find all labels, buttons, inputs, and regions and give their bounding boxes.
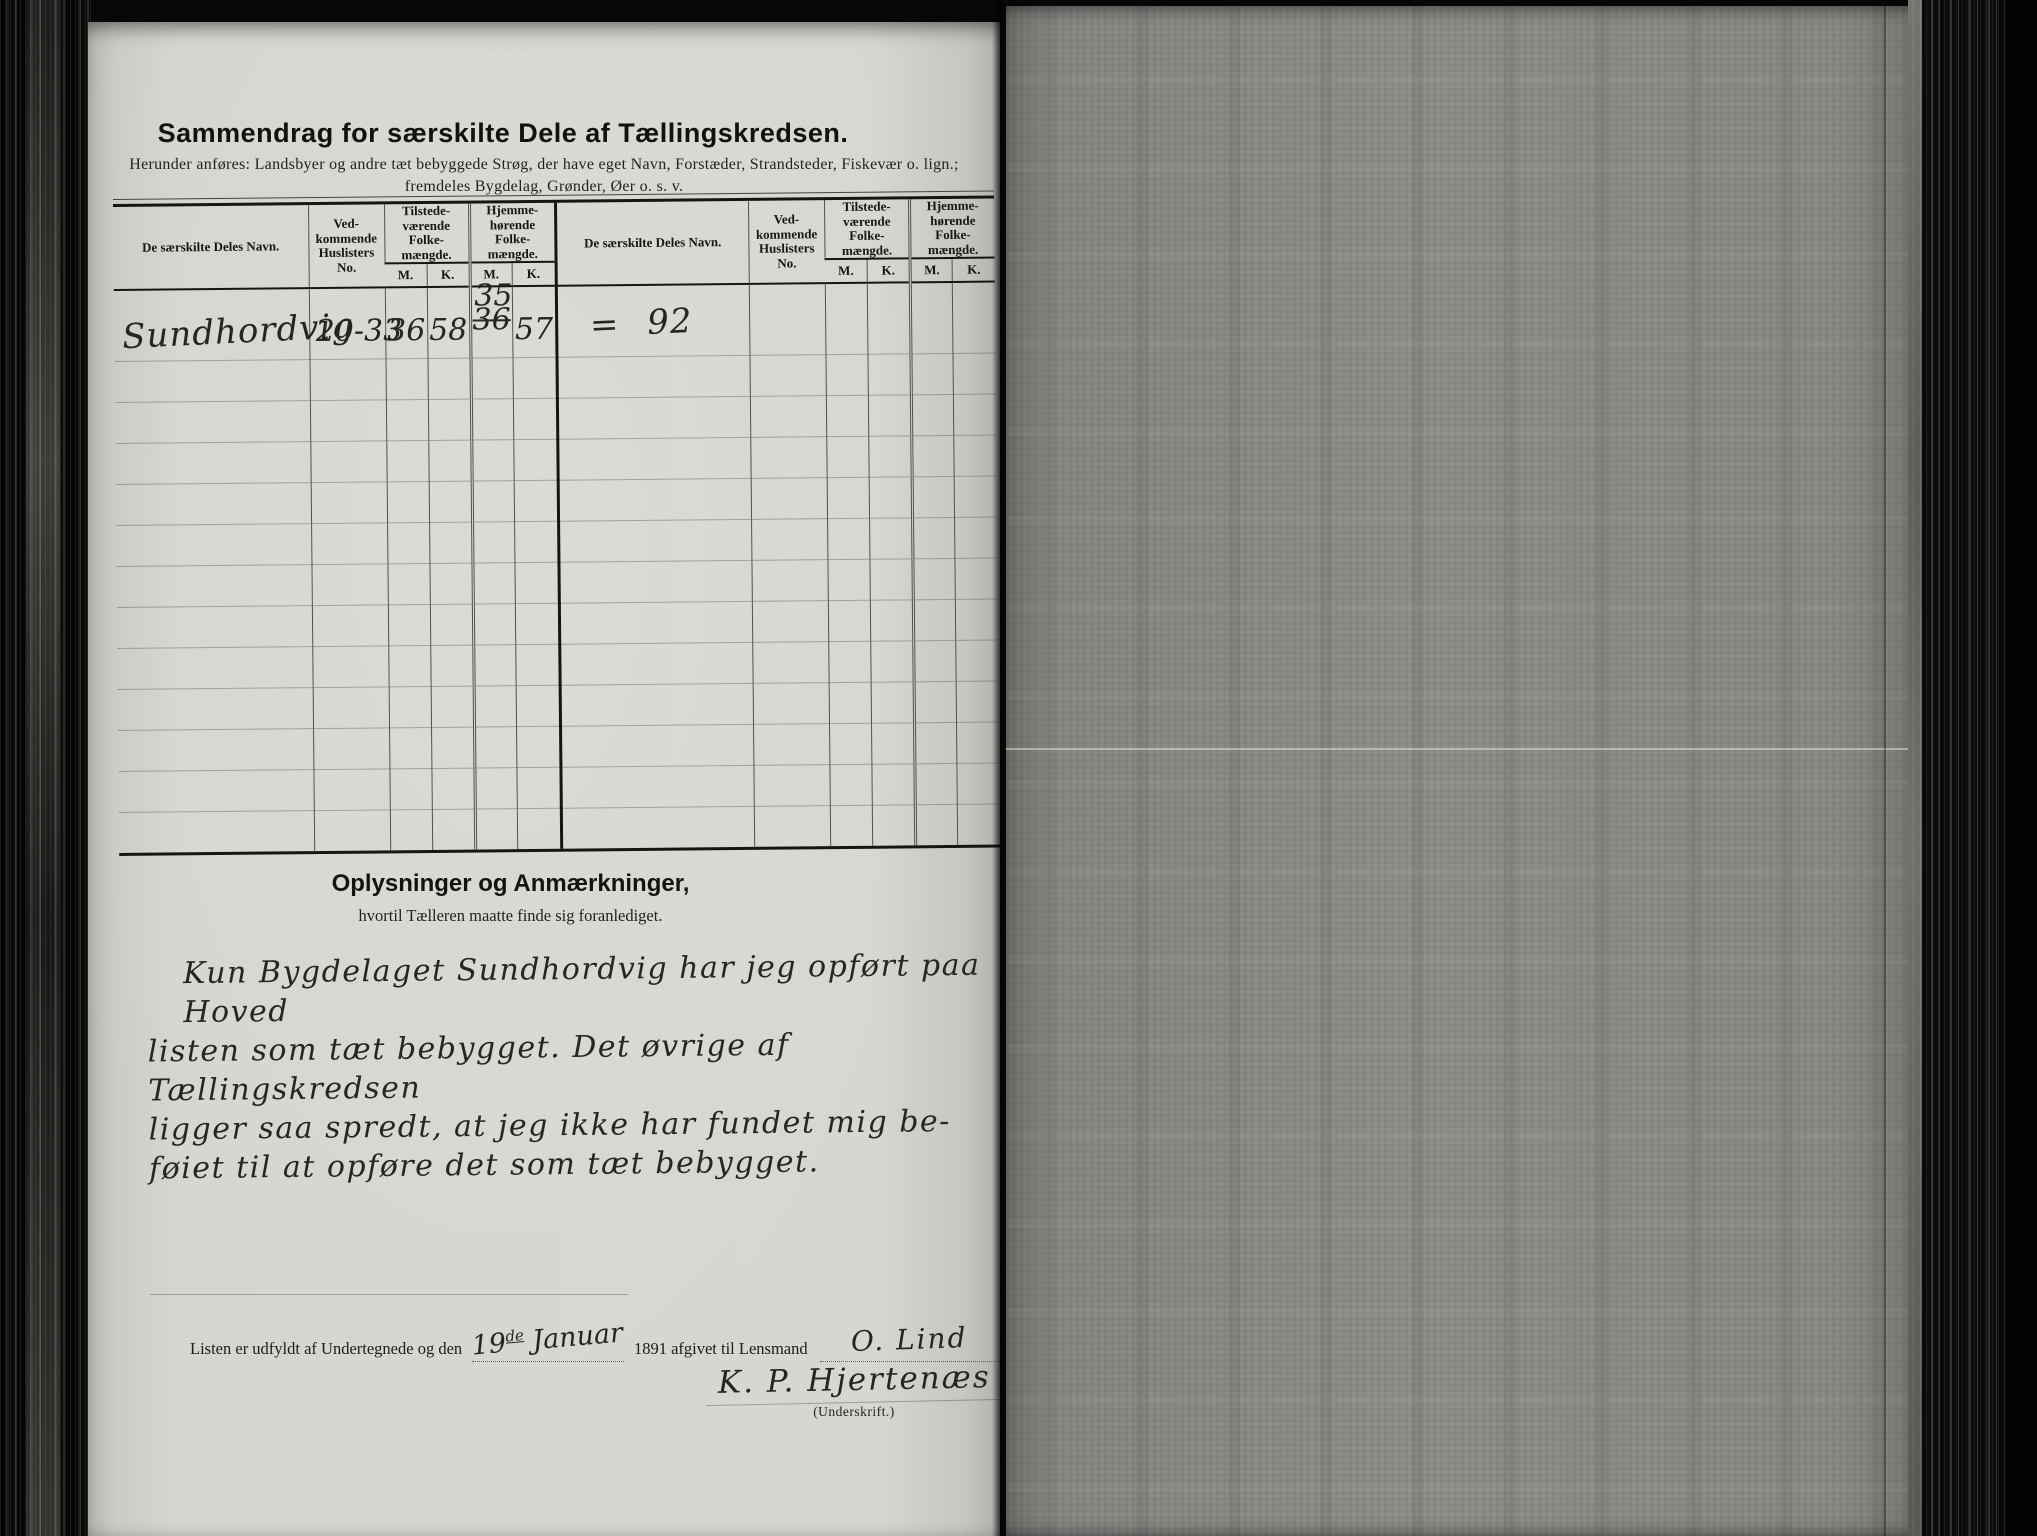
handwritten-line: Kun Bygdelaget Sundhordvig har jeg opfør… <box>147 946 998 1033</box>
table-row-empty <box>560 640 999 685</box>
page-subtitle-line1: Herunder anføres: Landsbyer og andre tæt… <box>94 156 994 174</box>
table-row-entry: Sundhordvig 20-33 36 58 35 36 57 <box>114 286 556 362</box>
table-row-empty <box>116 562 557 607</box>
col-header-m: M. <box>385 263 427 287</box>
handwritten-line: listen som tæt bebygget. Det øvrige af T… <box>148 1024 999 1111</box>
table-row-empty <box>117 644 558 689</box>
entry-sum-handwritten: = 92 <box>557 301 694 359</box>
table-row-empty <box>559 517 998 562</box>
entry-tilstede-k: 58 <box>429 313 468 358</box>
table-row-sum: = 92 <box>556 282 995 358</box>
table-row-empty <box>558 476 997 521</box>
page-edge-lip <box>1908 0 1922 1536</box>
faint-rule-line <box>150 1294 628 1295</box>
table-row-empty <box>115 357 556 402</box>
page-edge-sheen <box>26 0 60 1536</box>
col-header-hjemme: Hjemme- hørende Folke- mængde. <box>469 203 555 263</box>
table-row-empty <box>116 480 557 525</box>
summary-table: De særskilte Deles Navn. Ved- kommende H… <box>113 196 1000 856</box>
col-header-huslisters: Ved- kommende Huslisters No. <box>308 204 385 288</box>
recipient-fill-in: O. Lind <box>820 1328 1000 1362</box>
col-header-k: K. <box>427 263 470 287</box>
col-header-k: K. <box>867 258 910 282</box>
table-row-empty <box>116 521 557 566</box>
scanned-census-book-page: Sammendrag for særskilte Dele af Tælling… <box>0 0 2037 1536</box>
signature-caption: (Underskrift.) <box>686 1404 1022 1420</box>
table-row-empty <box>557 394 996 439</box>
facing-page-light-line <box>1006 748 1908 750</box>
facing-page-crease <box>1884 6 1886 1536</box>
table-row-empty <box>115 398 556 443</box>
col-header-name: De særskilte Deles Navn. <box>113 205 309 290</box>
summary-table-left-half: De særskilte Deles Navn. Ved- kommende H… <box>113 203 560 853</box>
table-row-empty <box>557 353 996 398</box>
handwritten-remarks: Kun Bygdelaget Sundhordvig har jeg opfør… <box>147 946 999 1189</box>
col-header-tilstede: Tilstede- værende Folke- mængde. <box>384 204 470 264</box>
table-row-empty <box>560 681 999 726</box>
col-header-m: M. <box>910 258 952 282</box>
handwritten-line: føiet til at opføre det som tæt bebygget… <box>149 1141 999 1189</box>
table-row-empty <box>118 685 559 730</box>
page-subtitle-line2: fremdeles Bygdelag, Grønder, Øer o. s. v… <box>94 178 994 196</box>
table-row-empty <box>118 726 559 771</box>
handwritten-date: 19deJanuar <box>471 1317 625 1361</box>
table-row-empty <box>561 722 1000 767</box>
col-header-hjemme: Hjemme- hørende Folke- mængde. <box>910 199 995 259</box>
table-row-empty <box>559 558 998 603</box>
table-row-empty <box>119 808 560 853</box>
table-row-empty <box>561 804 1000 849</box>
attestation-line: Listen er udfyldt af Undertegnede og den… <box>190 1328 1000 1362</box>
attestation-text-post: 1891 afgivet til Lensmand <box>634 1339 808 1358</box>
corrected-number: 35 <box>474 278 513 323</box>
col-header-k: K. <box>952 258 994 282</box>
summary-table-right-half: De særskilte Deles Navn. Ved- kommende H… <box>554 199 1000 849</box>
col-header-k: K. <box>512 262 555 286</box>
handwritten-signature: K. P. Hjertenæs <box>705 1359 1003 1406</box>
book-right-page-edges <box>1908 0 2008 1536</box>
book-left-page-edges <box>0 0 92 1536</box>
table-row-empty <box>561 763 1000 808</box>
entry-hjemme-k: 57 <box>515 312 554 357</box>
table-row-empty <box>558 435 997 480</box>
handwritten-recipient: O. Lind <box>851 1321 969 1358</box>
census-form-page: Sammendrag for særskilte Dele af Tælling… <box>88 22 1000 1536</box>
background-right <box>2006 0 2037 1536</box>
attestation-text-pre: Listen er udfyldt af Undertegnede og den <box>190 1339 462 1358</box>
col-header-huslisters: Ved- kommende Huslisters No. <box>748 200 825 284</box>
table-row-empty <box>559 599 998 644</box>
page-title: Sammendrag for særskilte Dele af Tælling… <box>88 118 918 149</box>
remarks-title: Oplysninger og Anmærkninger, <box>88 870 933 898</box>
col-header-name: De særskilte Deles Navn. <box>556 201 749 286</box>
col-header-m: M. <box>825 259 867 283</box>
date-fill-in: 19deJanuar <box>472 1330 624 1362</box>
col-header-tilstede: Tilstede- værende Folke- mængde. <box>824 199 910 259</box>
table-row-empty <box>118 767 559 812</box>
remarks-subtitle: hvortil Tælleren maatte finde sig foranl… <box>88 906 933 926</box>
signature-block: K. P. Hjertenæs (Underskrift.) <box>686 1362 1022 1420</box>
entry-hjemme-m-correction: 35 36 <box>472 302 511 357</box>
entry-huslisters-no: 20-33 <box>316 313 403 359</box>
facing-blank-page <box>1006 6 1908 1536</box>
table-row-empty <box>117 603 558 648</box>
table-row-empty <box>115 439 556 484</box>
